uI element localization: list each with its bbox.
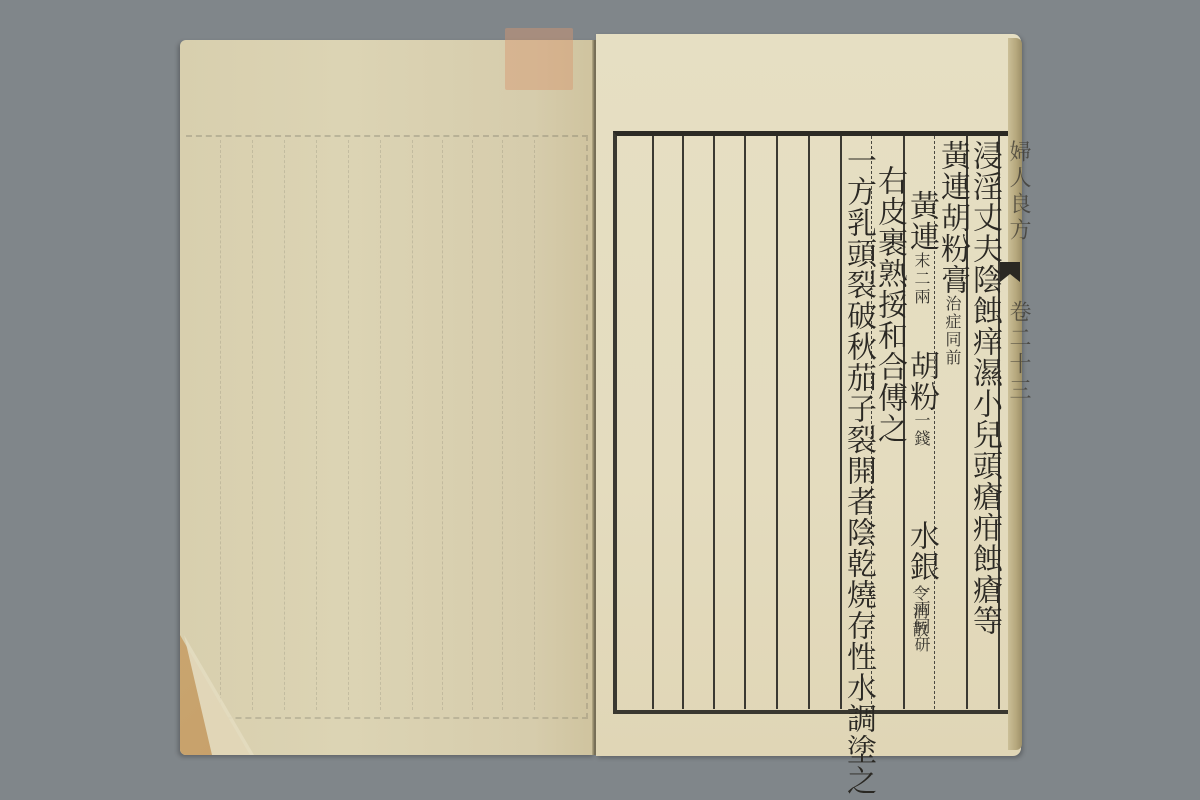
margin-title: 婦人良方 bbox=[1006, 140, 1031, 244]
text-column-2: 黃連胡粉膏治症同前 bbox=[936, 140, 968, 367]
column-rule bbox=[652, 136, 654, 709]
ingredient-2: 胡粉一錢 bbox=[905, 350, 937, 448]
bleed-through-rule bbox=[284, 140, 285, 710]
column-rule bbox=[808, 136, 810, 709]
bleed-through-rule bbox=[502, 140, 503, 710]
faded-seal-stamp bbox=[505, 28, 573, 90]
text-column-4: 右皮裹熟挼和合傅之 bbox=[873, 165, 905, 444]
bleed-through-rule bbox=[442, 140, 443, 710]
bleed-through-rule bbox=[380, 140, 381, 710]
bleed-through-rule bbox=[316, 140, 317, 710]
column-rule bbox=[713, 136, 715, 709]
column-rule bbox=[744, 136, 746, 709]
ingredient-1: 黃連末二兩 bbox=[905, 190, 937, 306]
bleed-through-frame bbox=[186, 135, 588, 719]
column-rule bbox=[776, 136, 778, 709]
recipe-title: 黃連胡粉膏 bbox=[935, 140, 970, 295]
bleed-through-rule bbox=[534, 140, 535, 710]
bleed-through-rule bbox=[412, 140, 413, 710]
bleed-through-rule bbox=[472, 140, 473, 710]
left-page bbox=[180, 40, 595, 755]
margin-volume: 卷二十三 bbox=[1003, 300, 1034, 404]
text-column-1: 浸淫丈夫陰蝕痒濕小兒頭瘡疳蝕瘡等 bbox=[968, 140, 1000, 636]
column-rule bbox=[682, 136, 684, 709]
ingredient-3-note: 令消散 bbox=[903, 585, 935, 639]
bleed-through-rule bbox=[348, 140, 349, 710]
bleed-through-rule bbox=[220, 140, 221, 710]
open-book: 婦人良方 卷二十三 浸淫丈夫陰蝕痒濕小兒頭瘡疳蝕瘡等 黃連胡粉膏治症同前 黃連末… bbox=[0, 0, 1200, 800]
margin-column: 婦人良方 bbox=[1003, 140, 1034, 244]
bleed-through-rule bbox=[252, 140, 253, 710]
text-column-5: 一方乳頭裂破秋茄子裂開者陰乾燒存性水調塗之 bbox=[842, 145, 874, 796]
recipe-note: 治症同前 bbox=[943, 295, 962, 367]
